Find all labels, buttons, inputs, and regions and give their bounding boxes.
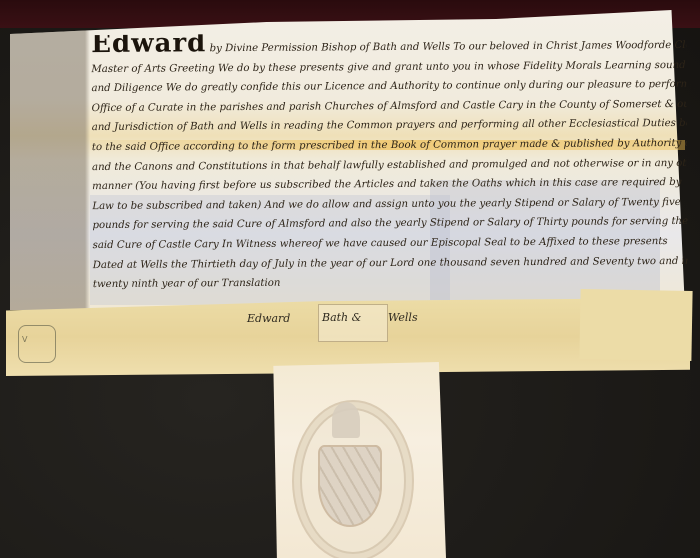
mitre-icon xyxy=(332,402,360,438)
folded-right-flap xyxy=(579,289,692,361)
stamp-mark-icon xyxy=(18,325,56,363)
stamp-mark-text: V xyxy=(22,335,27,344)
licence-text: Edward by Divine Permission Bishop of Ba… xyxy=(91,31,688,295)
signature-bath: Bath & xyxy=(322,311,361,324)
signature-bath-text: Bath xyxy=(322,311,348,324)
signature-edward: Edward xyxy=(247,312,290,325)
signature-ampersand: & xyxy=(352,311,362,324)
text-line: Edward by Divine Permission Bishop of Ba… xyxy=(91,31,686,60)
seal-legend: Episcopal seal impression with mitre abo… xyxy=(300,480,410,492)
initial-edward: Edward xyxy=(91,31,206,59)
signature-wells: Wells xyxy=(388,311,418,324)
text-line-content: by Divine Permission Bishop of Bath and … xyxy=(210,40,687,54)
